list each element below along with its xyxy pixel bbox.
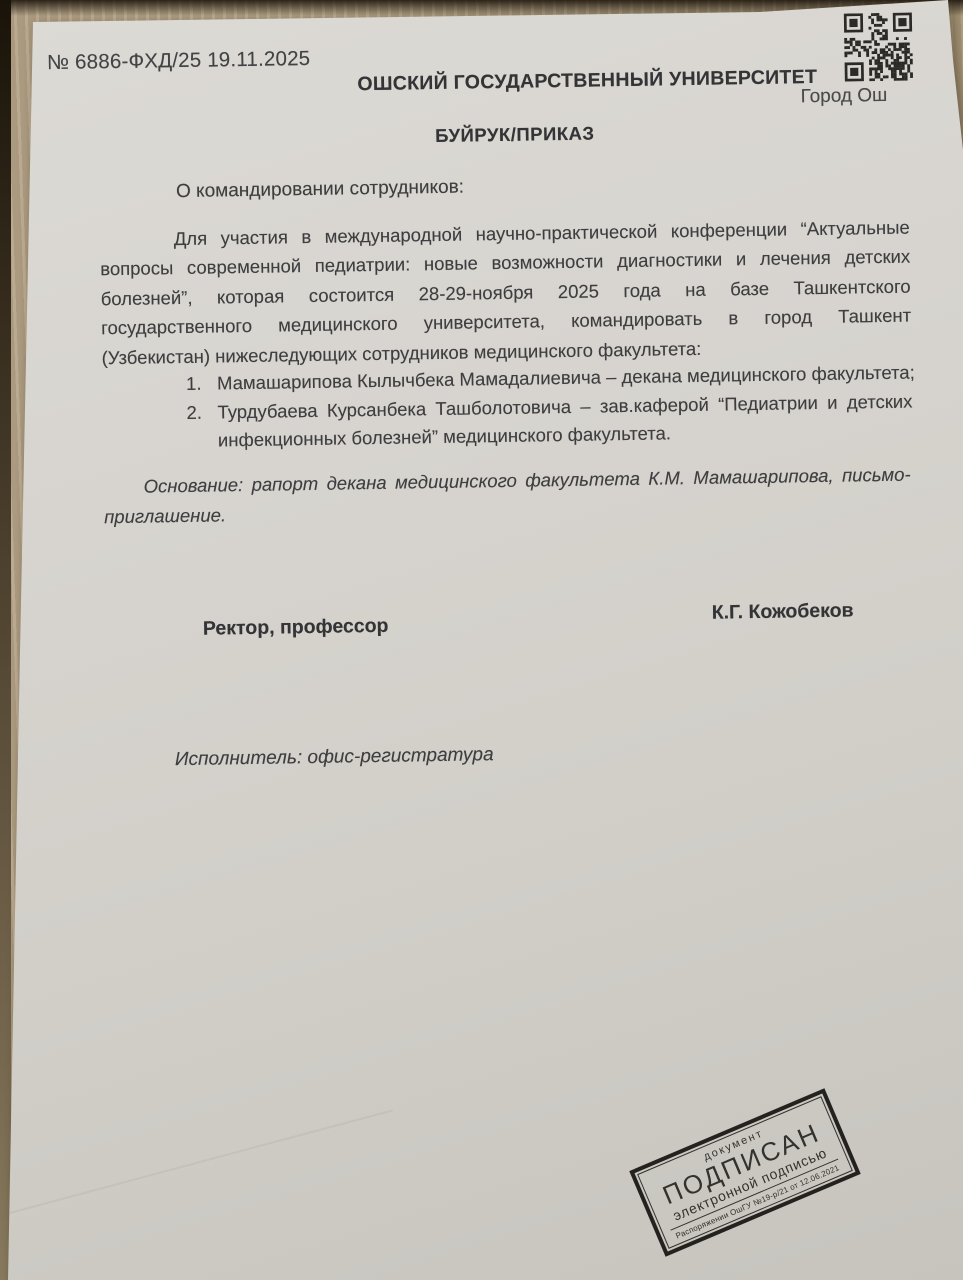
numbered-list: 1. Мамашарипова Кылычбека Мамадалиевича …: [102, 359, 913, 457]
basis-paragraph: Основание: рапорт декана медицинского фа…: [103, 460, 911, 532]
subject-line: О командировании сотрудников:: [176, 177, 464, 204]
body-paragraph: Для участия в международной научно-практ…: [100, 213, 912, 373]
university-title: ОШСКИЙ ГОСУДАРСТВЕННЫЙ УНИВЕРСИТЕТ: [357, 66, 817, 96]
list-item-number: 1.: [186, 370, 202, 399]
rector-name: К.Г. Кожобеков: [712, 599, 854, 624]
city-label: Город Ош: [800, 85, 887, 108]
document-number: № 6886-ФХД/25 19.11.2025: [47, 47, 311, 75]
order-title: БУЙРУК/ПРИКАЗ: [435, 123, 595, 148]
executor-line: Исполнитель: офис-регистратура: [175, 744, 494, 771]
rector-position: Ректор, профессор: [203, 615, 389, 641]
qr-code-icon: [842, 12, 914, 81]
list-item-number: 2.: [186, 398, 202, 427]
list-item-text: Турдубаева Курсанбека Ташболотовича – за…: [217, 387, 913, 455]
document-content: № 6886-ФХД/25 19.11.2025 ОШСКИЙ ГОСУДАРС…: [0, 0, 963, 1280]
list-item: 2. Турдубаева Курсанбека Ташболотовича –…: [102, 387, 913, 457]
